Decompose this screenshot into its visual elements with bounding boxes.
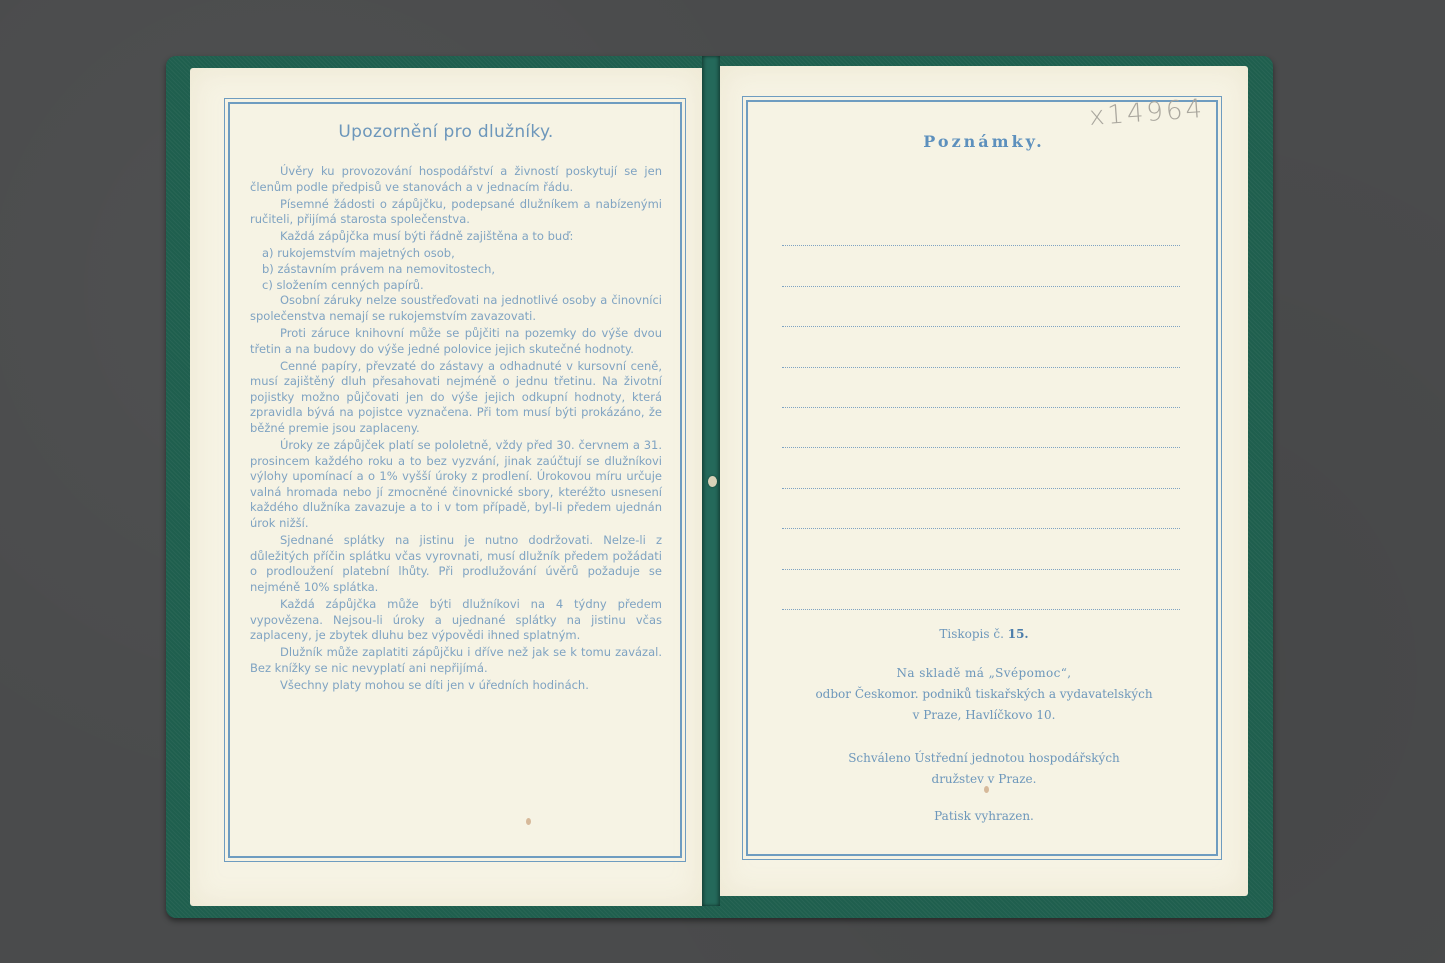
notes-lines xyxy=(782,206,1180,610)
publisher-line-3: v Praze, Havlíčkovo 10. xyxy=(720,705,1248,726)
paragraph-installments: Sjednané splátky na jistinu je nutno dod… xyxy=(250,533,662,595)
staple-pin xyxy=(708,476,717,487)
note-line xyxy=(782,448,1180,488)
paper-stain xyxy=(526,818,531,825)
paragraph-interest: Úroky ze zápůjček platí se pololetně, vž… xyxy=(250,438,662,532)
note-line xyxy=(782,529,1180,569)
right-page: x14964 Poznámky. Tiskopis č. 15. Na skla… xyxy=(720,66,1248,896)
debtor-notice-text: Úvěry ku provozování hospodářství a živn… xyxy=(250,164,662,695)
paragraph-credit: Úvěry ku provozování hospodářství a živn… xyxy=(250,164,662,195)
note-line xyxy=(782,408,1180,448)
left-page-title: Upozornění pro dlužníky. xyxy=(190,122,702,142)
note-line xyxy=(782,489,1180,529)
note-line xyxy=(782,570,1180,610)
publisher-block: Na skladě má „Svépomoc“, odbor Českomor.… xyxy=(720,663,1248,726)
paragraph-applications: Písemné žádosti o zápůjčku, podepsané dl… xyxy=(250,197,662,228)
list-item-a: a) rukojemstvím majetných osob, xyxy=(250,246,662,262)
paragraph-security: Každá zápůjčka musí býti řádně zajištěna… xyxy=(250,229,662,245)
note-line xyxy=(782,368,1180,408)
approval-block: Schváleno Ústřední jednotou hospodářskýc… xyxy=(720,748,1248,790)
form-number-label: Tiskopis č. xyxy=(939,627,1004,641)
right-page-title: Poznámky. xyxy=(720,132,1248,151)
paragraph-termination: Každá zápůjčka může býti dlužníkovi na 4… xyxy=(250,597,662,644)
reprint-notice: Patisk vyhrazen. xyxy=(720,806,1248,827)
form-number: Tiskopis č. 15. xyxy=(720,624,1248,645)
paragraph-personal-guarantees: Osobní záruky nelze soustřeďovati na jed… xyxy=(250,293,662,324)
paragraph-office-hours: Všechny platy mohou se díti jen v úřední… xyxy=(250,678,662,694)
publisher-line-1: Na skladě má „Svépomoc“, xyxy=(720,663,1248,684)
paper-stain xyxy=(984,786,989,793)
list-item-c: c) složením cenných papírů. xyxy=(250,278,662,294)
publisher-line-2: odbor Českomor. podniků tiskařských a vy… xyxy=(720,684,1248,705)
note-line xyxy=(782,327,1180,367)
note-line xyxy=(782,246,1180,286)
note-line xyxy=(782,287,1180,327)
list-item-b: b) zástavním právem na nemovitostech, xyxy=(250,262,662,278)
paragraph-early-repayment: Dlužník může zaplatiti zápůjčku i dříve … xyxy=(250,645,662,676)
paragraph-land-registry: Proti záruce knihovní může se půjčiti na… xyxy=(250,326,662,357)
paragraph-securities: Cenné papíry, převzaté do zástavy a odha… xyxy=(250,359,662,437)
left-page: Upozornění pro dlužníky. Úvěry ku provoz… xyxy=(190,68,702,906)
approval-line-1: Schváleno Ústřední jednotou hospodářskýc… xyxy=(720,748,1248,769)
form-number-value: 15. xyxy=(1008,627,1029,641)
note-line xyxy=(782,206,1180,246)
